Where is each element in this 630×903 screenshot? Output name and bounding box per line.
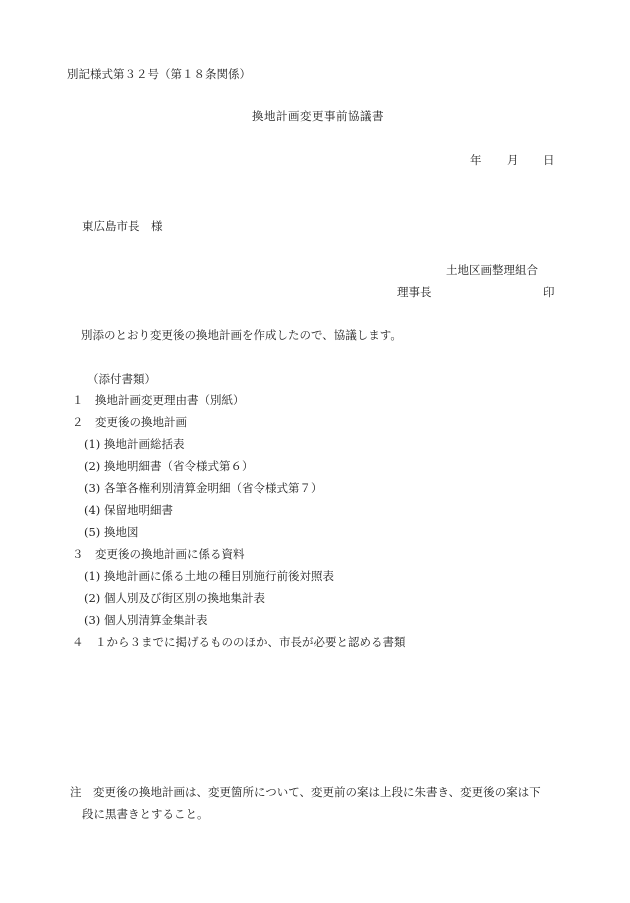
attachment-subitem: (3) 各筆各権利別清算金明細（省令様式第７）: [84, 480, 322, 496]
date-month-label: 月: [507, 152, 519, 168]
attachment-subitem: (4) 保留地明細書: [84, 502, 173, 518]
note-line: 注 変更後の換地計画は、変更箇所について、変更前の案は上段に朱書き、変更後の案は…: [70, 784, 541, 800]
attachment-item: ４ １から３までに掲げるもののほか、市長が必要と認める書類: [72, 634, 406, 650]
attachment-item: １ 換地計画変更理由書（別紙）: [72, 392, 245, 408]
attachment-subitem: (2) 個人別及び街区別の換地集計表: [84, 590, 265, 606]
addressee: 東広島市長 様: [82, 218, 163, 234]
note-line: 段に黒書きとすること。: [82, 806, 209, 822]
document-title: 換地計画変更事前協議書: [252, 108, 384, 124]
attachment-subitem: (1) 換地計画総括表: [84, 436, 184, 452]
date-year-label: 年: [470, 152, 482, 168]
attachment-subitem: (2) 換地明細書（省令様式第６）: [84, 458, 253, 474]
date-day-label: 日: [543, 152, 555, 168]
sender-organization: 土地区画整理組合: [446, 262, 538, 278]
form-label: 別記様式第３２号（第１８条関係）: [67, 66, 251, 82]
attachment-subitem: (5) 換地図: [84, 524, 138, 540]
sender-role: 理事長: [397, 284, 432, 300]
attachment-subitem: (3) 個人別清算金集計表: [84, 612, 207, 628]
attachment-subitem: (1) 換地計画に係る土地の種目別施行前後対照表: [84, 568, 334, 584]
seal-mark: 印: [543, 284, 555, 300]
attachment-item: ３ 変更後の換地計画に係る資料: [72, 546, 245, 562]
body-text: 別添のとおり変更後の換地計画を作成したので、協議します。: [81, 327, 402, 343]
attachments-heading: （添付書類）: [87, 371, 156, 387]
attachment-item: ２ 変更後の換地計画: [72, 414, 187, 430]
